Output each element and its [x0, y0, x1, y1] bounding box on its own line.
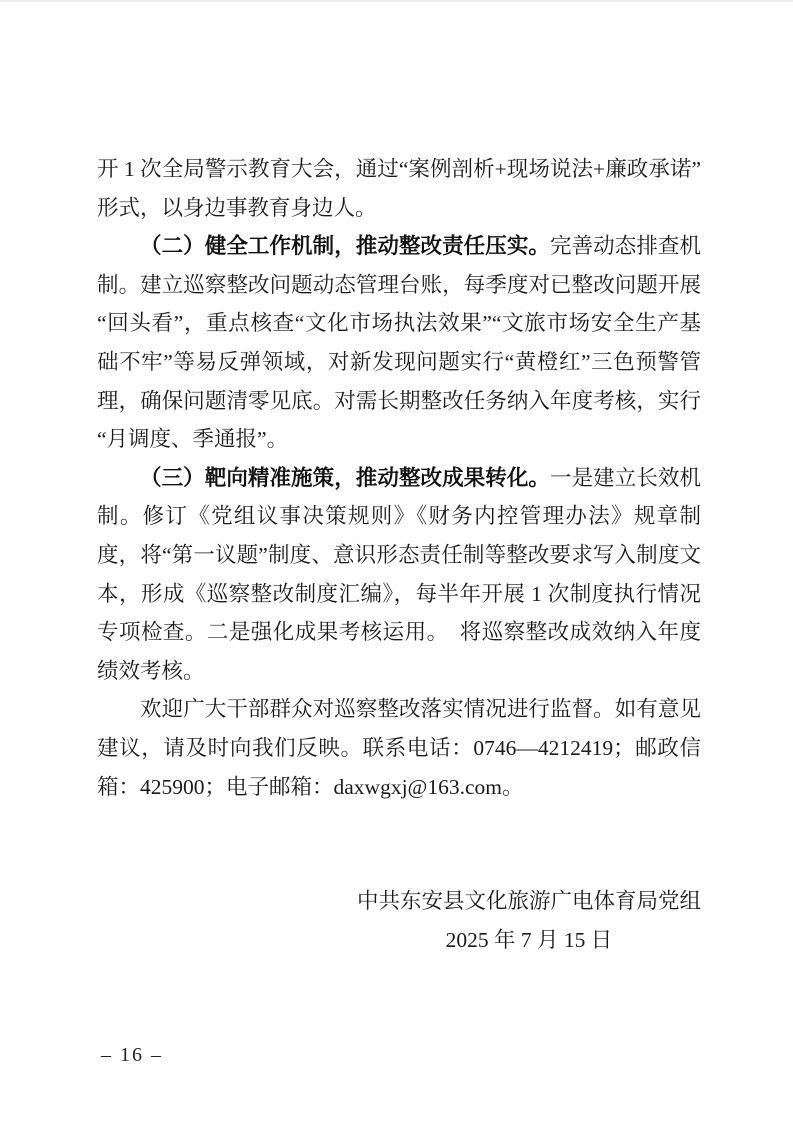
paragraph-text: 完善动态排查机制。建立巡察整改问题动态管理台账，每季度对已整改问题开展“回头看”… — [97, 234, 701, 451]
paragraph: （三）靶向精准施策，推动整改成果转化。一是建立长效机制。修订《党组议事决策规则》… — [97, 459, 701, 691]
signature-date: 2025 年 7 月 15 日 — [357, 921, 701, 960]
signature-inner: 中共东安县文化旅游广电体育局党组 2025 年 7 月 15 日 — [357, 882, 701, 959]
paragraph-emphasis: （二）健全工作机制，推动整改责任压实。 — [140, 234, 550, 258]
page-number: – 16 – — [101, 1040, 163, 1070]
document-page: 开 1 次全局警示教育大会，通过“案例剖析+现场说法+廉政承诺”形式，以身边事教… — [0, 0, 793, 1122]
paragraph-text: 开 1 次全局警示教育大会，通过“案例剖析+现场说法+廉政承诺”形式，以身边事教… — [97, 157, 701, 220]
document-body: 开 1 次全局警示教育大会，通过“案例剖析+现场说法+廉政承诺”形式，以身边事教… — [97, 150, 701, 959]
paragraph: （二）健全工作机制，推动整改责任压实。完善动态排查机制。建立巡察整改问题动态管理… — [97, 227, 701, 459]
paragraph: 欢迎广大干部群众对巡察整改落实情况进行监督。如有意见建议，请及时向我们反映。联系… — [97, 690, 701, 806]
signature-block: 中共东安县文化旅游广电体育局党组 2025 年 7 月 15 日 — [97, 882, 701, 959]
signature-org: 中共东安县文化旅游广电体育局党组 — [357, 882, 701, 921]
paragraph-text: 欢迎广大干部群众对巡察整改落实情况进行监督。如有意见建议，请及时向我们反映。联系… — [97, 697, 701, 798]
paragraph-text: 一是建立长效机制。修订《党组议事决策规则》《财务内控管理办法》规章制度，将“第一… — [97, 466, 701, 683]
paragraph-emphasis: （三）靶向精准施策，推动整改成果转化。 — [140, 466, 550, 490]
paragraph: 开 1 次全局警示教育大会，通过“案例剖析+现场说法+廉政承诺”形式，以身边事教… — [97, 150, 701, 227]
